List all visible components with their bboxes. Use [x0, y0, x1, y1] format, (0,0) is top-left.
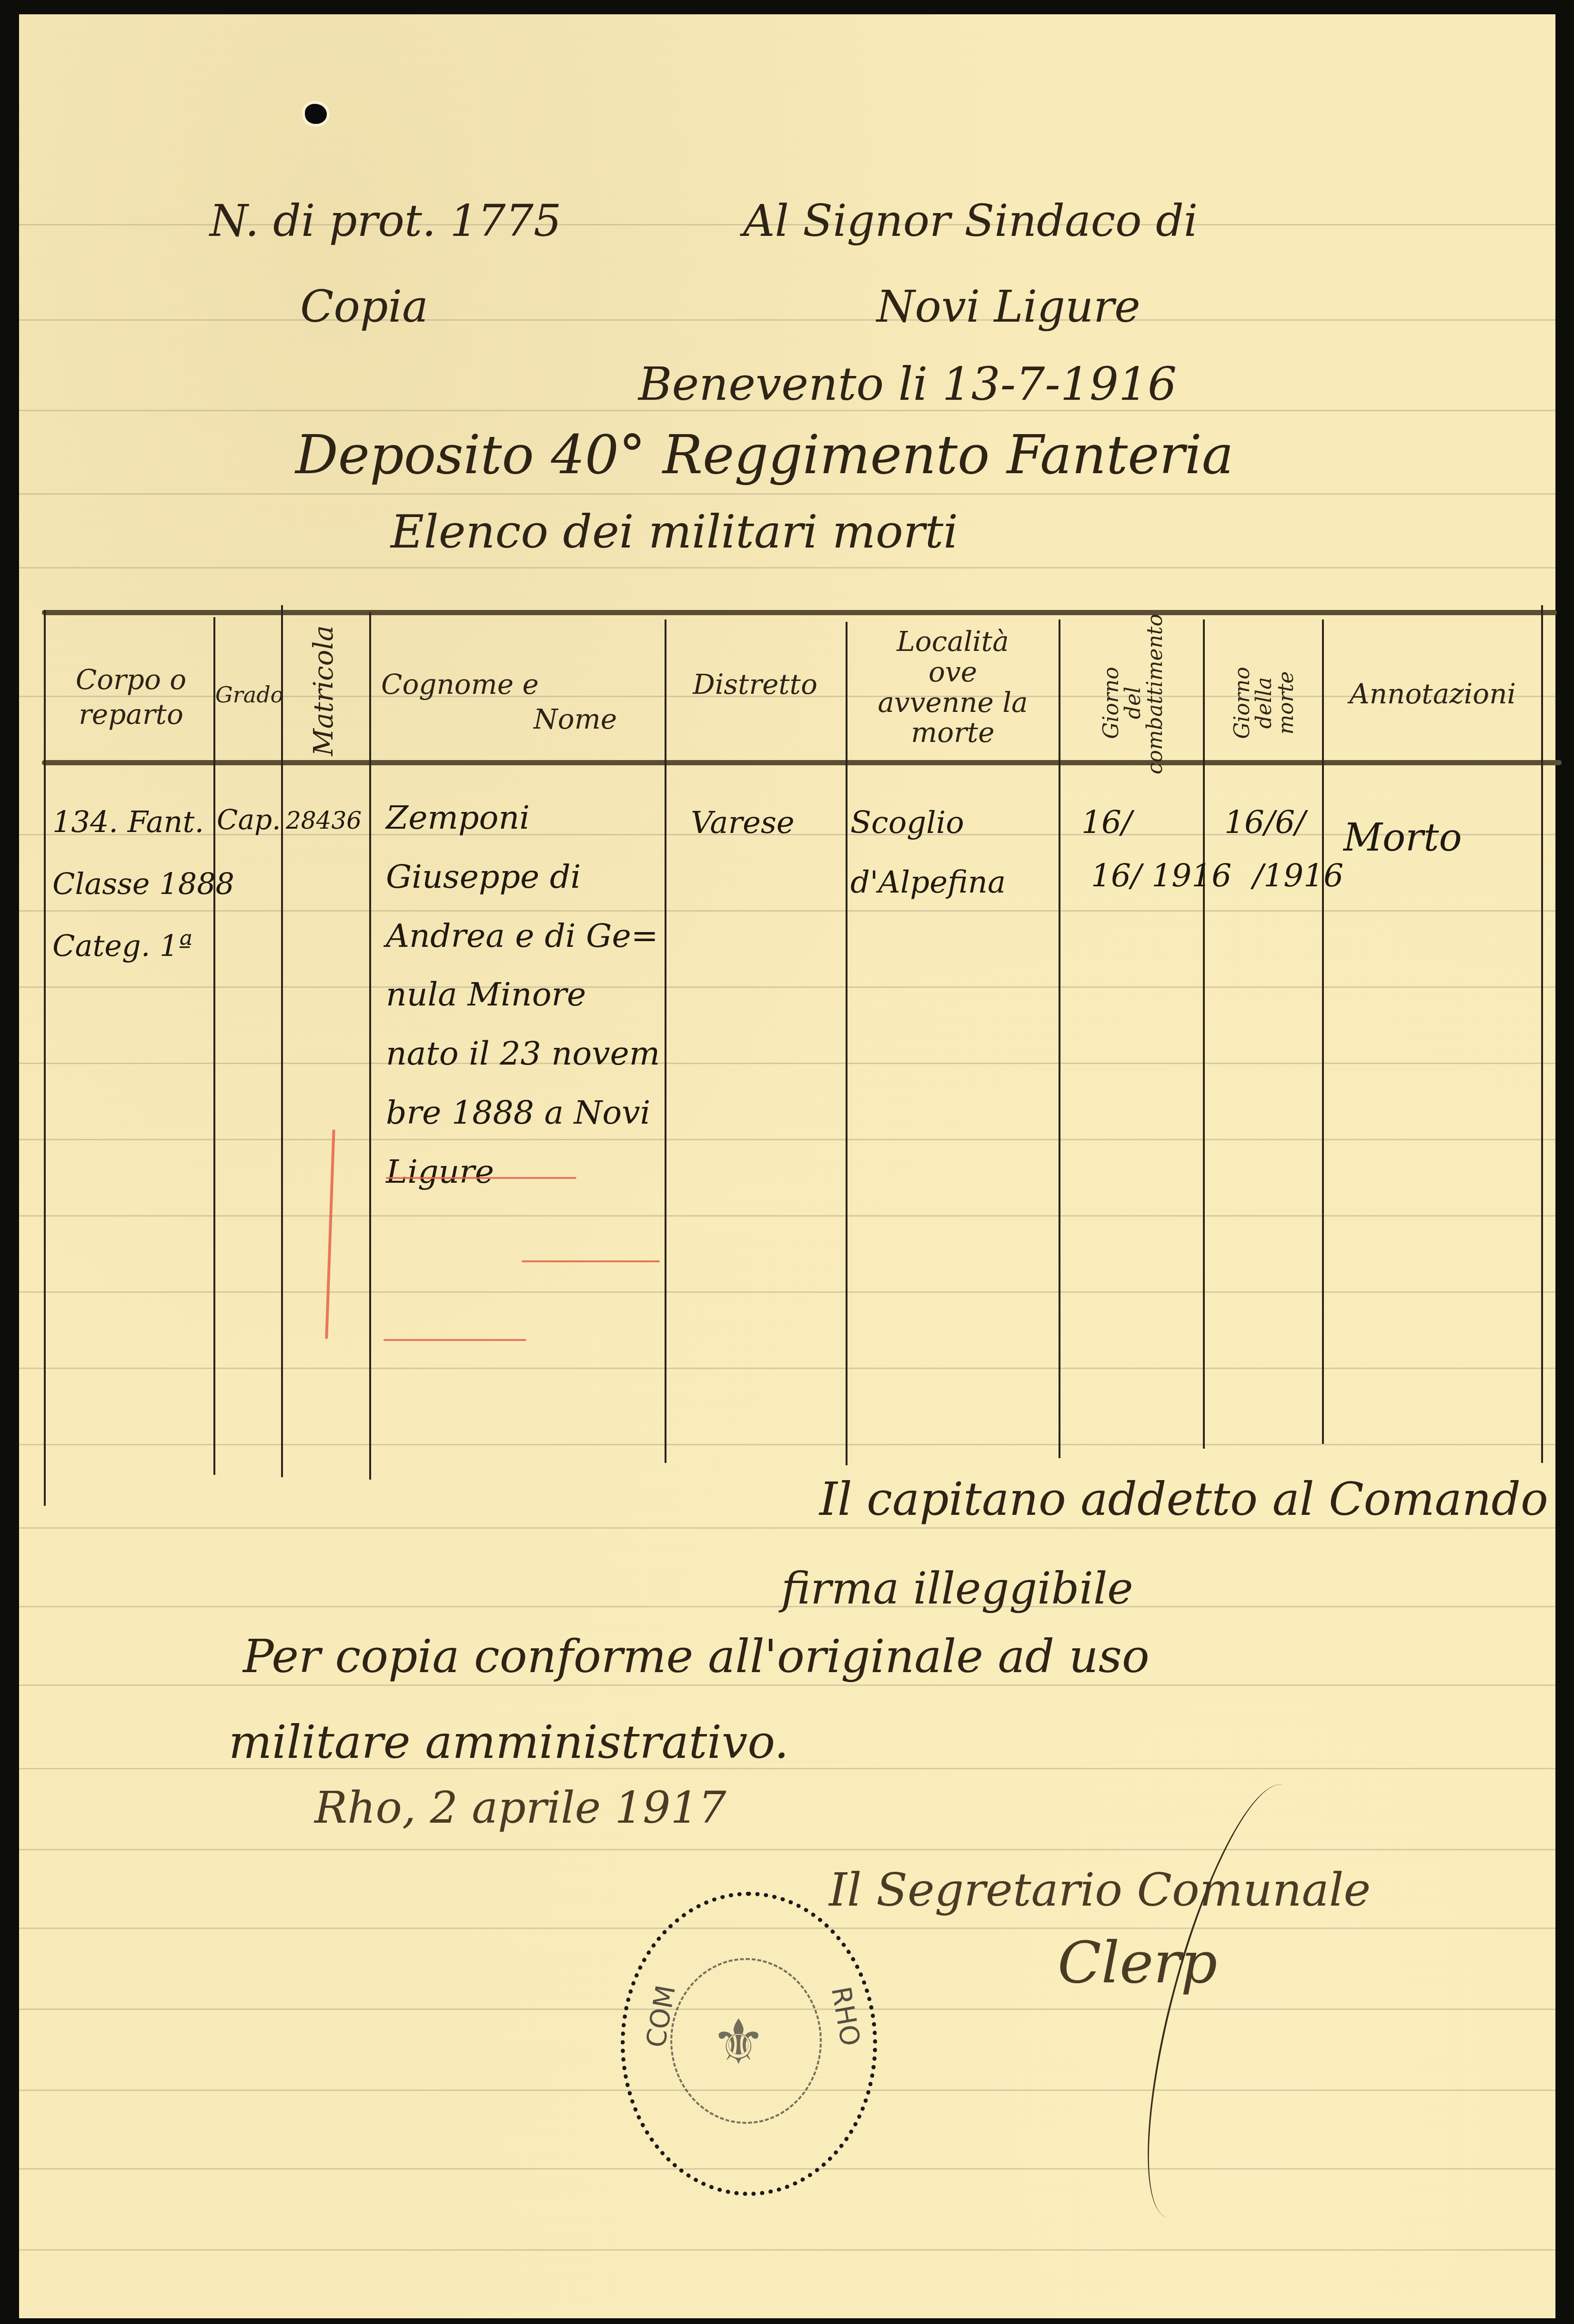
nome-line5: nato il 23 novem — [386, 1025, 660, 1084]
table-header-bottom-rule — [42, 760, 1562, 765]
column-divider — [44, 610, 46, 1506]
column-divider — [846, 622, 848, 1465]
header-morte-line2: della — [1253, 636, 1275, 770]
corpo-line1: 134. Fant. — [52, 791, 234, 853]
ruled-line — [19, 493, 1555, 495]
ruled-line — [19, 1368, 1555, 1369]
column-header-corpo: Corpo o reparto — [52, 662, 210, 731]
protocol-number: N. di prot. 1775 — [210, 195, 562, 246]
ruled-line — [19, 319, 1555, 321]
list-title: Elenco dei militari morti — [391, 505, 958, 558]
municipal-stamp: COM RHO ⚜ — [621, 1892, 877, 2196]
place-date: Benevento li 13-7-1916 — [638, 357, 1177, 411]
coat-of-arms-icon: ⚜ — [711, 2006, 767, 2078]
header-nome-line2: Nome — [381, 702, 657, 737]
header-distretto-label: Distretto — [667, 667, 843, 702]
ruled-line — [19, 567, 1555, 568]
corpo-line2: Classe 1888 — [52, 853, 234, 915]
morte-line2: /1916 — [1224, 849, 1343, 903]
cell-giorno-morte: 16/6/ /1916 — [1224, 796, 1343, 903]
matricola-value: 28436 — [286, 793, 362, 848]
ruled-line — [19, 1849, 1555, 1850]
column-header-matricola: Matricola — [310, 614, 338, 767]
nome-line3: Andrea e di Ge= — [386, 907, 660, 966]
column-divider — [281, 605, 283, 1477]
column-divider — [1059, 619, 1060, 1458]
cell-giorno-combattimento: 16/ 16/ 1916 — [1081, 796, 1231, 903]
localita-line2: d'Alpefina — [850, 853, 1006, 913]
nome-line1: Zemponi — [386, 789, 660, 848]
cell-nome: Zemponi Giuseppe di Andrea e di Ge= nula… — [386, 789, 660, 1201]
header-annotazioni-label: Annotazioni — [1327, 677, 1539, 711]
table-top-rule — [42, 610, 1557, 615]
morte-line1: 16/6/ — [1224, 796, 1343, 849]
cell-matricola: 28436 — [286, 793, 362, 848]
ruled-line — [19, 2249, 1555, 2251]
column-header-localita: Località ove avvenne la morte — [848, 627, 1058, 748]
header-localita-line1: Località — [848, 627, 1058, 657]
red-pencil-underline — [522, 1260, 660, 1262]
distretto-value: Varese — [691, 793, 795, 853]
header-localita-line3: avvenne la — [848, 688, 1058, 718]
column-header-annotazioni: Annotazioni — [1327, 677, 1539, 711]
header-combattimento-line3: combattimento — [1144, 631, 1166, 774]
addressee-line-1: Al Signor Sindaco di — [743, 195, 1198, 246]
nome-line7: Ligure — [386, 1143, 660, 1202]
header-combattimento-line1: Giorno — [1100, 631, 1122, 774]
ruled-line — [19, 1685, 1555, 1686]
combattimento-line1: 16/ — [1081, 796, 1231, 849]
red-pencil-underline — [383, 1339, 526, 1341]
ruled-line — [19, 1063, 1555, 1064]
column-divider — [1203, 619, 1205, 1449]
header-grado-label: Grado — [215, 681, 280, 709]
ruled-line — [19, 1527, 1555, 1529]
closing-place-date: Rho, 2 aprile 1917 — [314, 1782, 726, 1833]
ruled-line — [19, 910, 1555, 912]
ruled-line — [19, 1291, 1555, 1293]
header-localita-line2: ove — [848, 657, 1058, 688]
column-divider — [369, 612, 371, 1480]
cell-annotazioni: Morto — [1343, 801, 1462, 875]
header-morte-line3: morte — [1275, 636, 1297, 770]
annotazioni-value: Morto — [1343, 801, 1462, 875]
nome-line2: Giuseppe di — [386, 848, 660, 907]
localita-line1: Scoglio — [850, 793, 1006, 853]
ruled-line — [19, 1444, 1555, 1445]
punch-hole — [305, 104, 327, 124]
document-page: N. di prot. 1775 Copia Al Signor Sindaco… — [19, 14, 1555, 2318]
captain-signature-title: Il capitano addetto al Comando — [819, 1472, 1548, 1526]
red-pencil-margin-mark — [325, 1129, 335, 1339]
column-divider — [1541, 605, 1543, 1463]
column-header-giorno-morte: Giorno della morte — [1231, 636, 1293, 770]
nome-line6: bre 1888 a Novi — [386, 1084, 660, 1143]
cell-grado: Cap. — [217, 791, 281, 849]
header-morte-line1: Giorno — [1231, 636, 1253, 770]
column-divider — [1322, 619, 1324, 1444]
column-divider — [213, 617, 215, 1475]
combattimento-line2: 16/ 1916 — [1081, 849, 1231, 903]
certification-line-1: Per copia conforme all'originale ad uso — [243, 1630, 1150, 1683]
column-header-grado: Grado — [215, 681, 280, 709]
stamp-text-right: RHO — [825, 1984, 866, 2048]
grado-value: Cap. — [217, 791, 281, 849]
copy-label: Copia — [300, 281, 428, 332]
nome-line4: nula Minore — [386, 965, 660, 1025]
header-nome-line1: Cognome e — [381, 667, 657, 702]
ruled-line — [19, 986, 1555, 988]
corpo-line3: Categ. 1ª — [52, 915, 234, 977]
header-corpo-line2: reparto — [52, 697, 210, 732]
column-header-distretto: Distretto — [667, 667, 843, 702]
header-localita-line4: morte — [848, 718, 1058, 748]
ruled-line — [19, 1139, 1555, 1140]
cell-localita: Scoglio d'Alpefina — [850, 793, 1006, 913]
signature-flourish — [1116, 1771, 1335, 2232]
red-pencil-underline — [386, 1177, 576, 1179]
column-header-nome: Cognome e Nome — [381, 667, 657, 736]
cell-corpo: 134. Fant. Classe 1888 Categ. 1ª — [52, 791, 234, 977]
ruled-line — [19, 1215, 1555, 1217]
cell-distretto: Varese — [691, 793, 795, 853]
captain-signature-note: firma illeggibile — [781, 1563, 1133, 1614]
column-header-giorno-combattimento: Giorno del combattimento — [1100, 631, 1162, 774]
unit-title: Deposito 40° Reggimento Fanteria — [295, 424, 1234, 486]
header-corpo-line1: Corpo o — [52, 662, 210, 697]
certification-line-2: militare amministrativo. — [229, 1715, 789, 1769]
header-matricola-label: Matricola — [308, 625, 339, 756]
column-divider — [665, 619, 666, 1463]
addressee-line-2: Novi Ligure — [877, 281, 1140, 332]
header-combattimento-line2: del — [1122, 631, 1144, 774]
